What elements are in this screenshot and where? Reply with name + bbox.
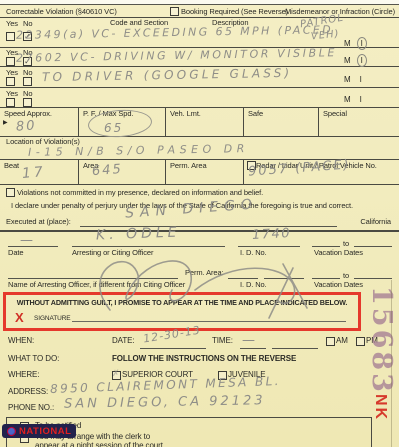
what-to-do-label: WHAT TO DO:	[8, 355, 59, 363]
time-field-line2[interactable]	[272, 348, 318, 349]
violation2-yes-checkbox[interactable]	[6, 57, 15, 66]
violation1-no-checkbox[interactable]: ✓	[23, 32, 32, 41]
speed-row: Speed Approx. ▶ P. F. / Max Spd. Veh. Lm…	[0, 108, 399, 137]
officer-line[interactable]	[72, 246, 225, 247]
yes-label: Yes	[6, 69, 18, 77]
infraction-circled-mark: I	[357, 54, 367, 67]
address-label: ADDRESS:	[8, 388, 48, 396]
yes-label: Yes	[6, 49, 18, 57]
perm-area-label: Perm. Area	[170, 162, 207, 170]
code-section-header: Code and Section	[110, 19, 168, 27]
where-row: WHERE: SUPERIOR COURT JUVENILE	[0, 369, 399, 385]
no-label: No	[23, 20, 32, 28]
signature-line[interactable]	[72, 321, 346, 322]
m-mark: M	[344, 39, 351, 48]
when-row: WHEN: DATE: TIME: AM PM	[0, 333, 399, 352]
radar-lidar-checkbox[interactable]	[247, 161, 256, 170]
date-line[interactable]	[8, 246, 58, 247]
violation4-no-checkbox[interactable]	[23, 98, 32, 107]
column-divider	[78, 108, 79, 136]
m-mark: M	[344, 56, 351, 65]
column-divider	[165, 108, 166, 136]
citation-number: 15683	[366, 286, 397, 395]
vacation-line-2[interactable]	[354, 246, 392, 247]
no-label: No	[23, 49, 32, 57]
date-label: Date	[8, 249, 23, 257]
night-session-label-line2: appear at a night session of the court.	[35, 442, 165, 447]
perjury-row: I declare under penalty of perjury under…	[0, 199, 399, 213]
citing-officer-row: to Date Arresting or Citing Officer I. D…	[0, 232, 399, 262]
violation-row-4: Yes No MI	[0, 88, 399, 108]
executed-at-label: Executed at (place):	[6, 218, 71, 226]
juvenile-label: JUVENILE	[228, 371, 265, 379]
to2-label: to	[343, 272, 349, 280]
paper-edge-line	[391, 280, 392, 447]
header-row: Correctable Violation (§40610 VC) Bookin…	[0, 5, 399, 18]
violation4-yes-checkbox[interactable]	[6, 98, 15, 107]
arresting-citing-officer-label: Arresting or Citing Officer	[72, 249, 153, 257]
veh-lmt-label: Veh. Lmt.	[170, 110, 201, 118]
arresting-officer-row: Perm. Area: to Name of Arresting Officer…	[0, 262, 399, 291]
vacation-line-1[interactable]	[312, 246, 340, 247]
address-row: ADDRESS:	[0, 385, 399, 401]
where-label: WHERE:	[8, 371, 39, 379]
superior-court-checkbox[interactable]	[112, 371, 121, 380]
pf-maxspd-label: P. F. / Max Spd.	[83, 110, 133, 118]
column-divider	[243, 160, 244, 184]
perm-area2-line[interactable]	[228, 278, 258, 279]
no-label: No	[23, 90, 32, 98]
belief-row: Violations not committed in my presence,…	[0, 185, 399, 199]
description-header: Description	[212, 19, 248, 27]
infraction-mark: I	[357, 94, 365, 105]
beat-row: Beat Area Perm. Area Radar / Lidar Unit …	[0, 160, 399, 185]
traffic-citation-form: Correctable Violation (§40610 VC) Bookin…	[0, 0, 399, 447]
violation2-m-i-marks: MI	[344, 54, 367, 67]
location-of-violations-label: Location of Violation(s)	[6, 138, 80, 146]
vacation-dates-label: Vacation Dates	[314, 249, 363, 257]
column-divider	[165, 160, 166, 184]
time-field-line1[interactable]	[240, 348, 266, 349]
follow-instructions-text: FOLLOW THE INSTRUCTIONS ON THE REVERSE	[112, 355, 296, 363]
perjury-statement: I declare under penalty of perjury under…	[11, 202, 353, 210]
m-mark: M	[344, 75, 351, 84]
name2-line[interactable]	[8, 278, 178, 279]
booking-required-label: Booking Required (See Reverse)	[181, 8, 288, 16]
juvenile-checkbox[interactable]	[218, 371, 227, 380]
violation3-m-i-marks: MI	[344, 74, 365, 85]
violation-row-1: Yes No Code and Section Description ✓ MI	[0, 18, 399, 48]
safe-label: Safe	[248, 110, 263, 118]
violation-row-3: Yes No MI	[0, 67, 399, 88]
phone-no-label: PHONE NO.:	[8, 404, 54, 412]
vacation-dates2-label: Vacation Dates	[314, 281, 363, 289]
id-no-label: I. D. No.	[240, 249, 267, 257]
violation4-m-i-marks: MI	[344, 94, 365, 105]
promise-text: WITHOUT ADMITTING GUILT, I PROMISE TO AP…	[6, 299, 358, 307]
pm-checkbox[interactable]	[356, 337, 365, 346]
am-label: AM	[336, 337, 348, 345]
misdemeanor-infraction-label: Misdemeanor or Infraction (Circle)	[285, 8, 395, 16]
column-divider	[243, 108, 244, 136]
time-field-label: TIME:	[212, 337, 233, 345]
radar-lidar-label: Radar / Lidar Unit / Patrol Vehicle No.	[256, 162, 377, 170]
globe-icon	[7, 427, 16, 436]
speed-approx-label: Speed Approx.	[4, 110, 52, 118]
watermark-badge: NATIONAL	[2, 424, 76, 438]
area-label: Area	[83, 162, 98, 170]
perm-area2-label: Perm. Area:	[185, 269, 224, 277]
violation3-no-checkbox[interactable]	[23, 77, 32, 86]
location-row: Location of Violation(s)	[0, 137, 399, 160]
no-label: No	[23, 69, 32, 77]
signature-x-mark: X	[15, 310, 24, 325]
am-checkbox[interactable]	[326, 337, 335, 346]
signature-label: SIGNATURE	[34, 315, 71, 323]
special-label: Special	[323, 110, 347, 118]
executed-place-line[interactable]	[80, 226, 337, 227]
booking-required-checkbox[interactable]	[170, 7, 179, 16]
executed-row: Executed at (place): California	[0, 213, 399, 232]
to-label: to	[343, 240, 349, 248]
phone-row: PHONE NO.:	[0, 401, 399, 417]
column-divider	[318, 108, 319, 136]
not-committed-label: Violations not committed in my presence,…	[17, 189, 263, 197]
violation3-yes-checkbox[interactable]	[6, 77, 15, 86]
what-to-do-row: WHAT TO DO: FOLLOW THE INSTRUCTIONS ON T…	[0, 352, 399, 369]
date-field-label: DATE:	[112, 337, 134, 345]
violation-row-2: Yes No ✓ MI	[0, 48, 399, 67]
violation1-yes-checkbox[interactable]	[6, 32, 15, 41]
m-mark: M	[344, 95, 351, 104]
yes-label: Yes	[6, 20, 18, 28]
id-no2-label: I. D. No.	[240, 281, 267, 289]
promise-to-appear-box: WITHOUT ADMITTING GUILT, I PROMISE TO AP…	[3, 292, 361, 331]
name-of-arresting-officer-label: Name of Arresting Officer, if different …	[8, 281, 185, 289]
when-label: WHEN:	[8, 337, 34, 345]
date-field-line[interactable]	[140, 348, 206, 349]
violation2-no-checkbox[interactable]: ✓	[23, 57, 32, 66]
watermark-text: NATIONAL	[19, 426, 71, 437]
column-divider	[78, 160, 79, 184]
infraction-mark: I	[357, 74, 365, 85]
correctable-violation-label: Correctable Violation (§40610 VC)	[6, 8, 117, 16]
speed-arrow-glyph: ▶	[3, 119, 8, 127]
id2-line[interactable]	[264, 278, 304, 279]
id-line[interactable]	[238, 246, 300, 247]
citation-suffix: NK	[371, 394, 389, 421]
vacation2-line-1[interactable]	[312, 278, 340, 279]
not-committed-checkbox[interactable]	[6, 188, 15, 197]
california-label: California	[360, 218, 391, 226]
beat-label: Beat	[4, 162, 19, 170]
yes-label: Yes	[6, 90, 18, 98]
vacation2-line-2[interactable]	[354, 278, 392, 279]
superior-court-label: SUPERIOR COURT	[122, 371, 193, 379]
